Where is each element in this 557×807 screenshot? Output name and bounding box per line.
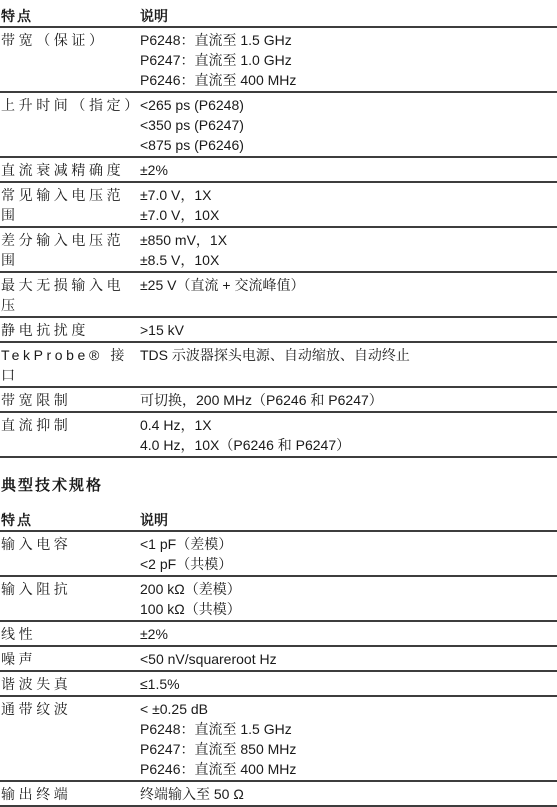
feature-cell: 线性 xyxy=(0,622,140,645)
spec-row-dc-reject: 直流抑制 0.4 Hz，1X 4.0 Hz，10X（P6246 和 P6247） xyxy=(0,413,557,458)
feature-cell: 直流抑制 xyxy=(0,413,140,436)
spec-row-max-nondestructive-input-voltage: 最大无损输入电压 ±25 V（直流 + 交流峰值） xyxy=(0,273,557,318)
feature-cell: 输入阻抗 xyxy=(0,577,140,600)
feature-column-header: 特点 xyxy=(0,504,140,530)
spec-row-linearity: 线性 ±2% xyxy=(0,622,557,647)
spec-row-rise-time: 上升时间（指定） <265 ps (P6248) <350 ps (P6247)… xyxy=(0,93,557,158)
feature-cell: 最大无损输入电压 xyxy=(0,273,140,316)
description-cell: TDS 示波器探头电源、自动缩放、自动终止 xyxy=(140,343,557,366)
description-cell: >15 kV xyxy=(140,318,557,341)
spec-row-bandwidth: 带宽（保证） P6248：直流至 1.5 GHz P6247：直流至 1.0 G… xyxy=(0,28,557,93)
feature-cell: 静电抗扰度 xyxy=(0,318,140,341)
spec-row-output-termination: 输出终端 终端输入至 50 Ω xyxy=(0,782,557,807)
description-cell: 终端输入至 50 Ω xyxy=(140,782,557,805)
feature-cell: 输出终端 xyxy=(0,782,140,805)
feature-cell: 带宽限制 xyxy=(0,388,140,411)
description-cell: ±25 V（直流 + 交流峰值） xyxy=(140,273,557,296)
description-cell: ±2% xyxy=(140,622,557,645)
spec-row-dc-attenuation-accuracy: 直流衰减精确度 ±2% xyxy=(0,158,557,183)
table-header-row: 特点 说明 xyxy=(0,504,557,532)
datasheet-page: 特点 说明 带宽（保证） P6248：直流至 1.5 GHz P6247：直流至… xyxy=(0,0,557,807)
description-cell: 0.4 Hz，1X 4.0 Hz，10X（P6246 和 P6247） xyxy=(140,413,557,456)
spec-row-harmonic-distortion: 谐波失真 ≤1.5% xyxy=(0,672,557,697)
spec-row-passband-ripple: 通带纹波 < ±0.25 dB P6248：直流至 1.5 GHz P6247：… xyxy=(0,697,557,782)
description-cell: ≤1.5% xyxy=(140,672,557,695)
guaranteed-spec-table: 特点 说明 带宽（保证） P6248：直流至 1.5 GHz P6247：直流至… xyxy=(0,0,557,458)
description-cell: ±7.0 V，1X ±7.0 V，10X xyxy=(140,183,557,226)
feature-column-header: 特点 xyxy=(0,0,140,26)
feature-cell: 谐波失真 xyxy=(0,672,140,695)
description-cell: P6248：直流至 1.5 GHz P6247：直流至 1.0 GHz P624… xyxy=(140,28,557,91)
typical-spec-table: 特点 说明 输入电容 <1 pF（差模） <2 pF（共模） 输入阻抗 200 … xyxy=(0,504,557,807)
description-cell: <50 nV/squareroot Hz xyxy=(140,647,557,670)
description-cell: ±850 mV，1X ±8.5 V，10X xyxy=(140,228,557,271)
description-cell: 可切换，200 MHz（P6246 和 P6247） xyxy=(140,388,557,411)
description-cell: ±2% xyxy=(140,158,557,181)
feature-cell: 输入电容 xyxy=(0,532,140,555)
feature-cell: 带宽（保证） xyxy=(0,28,140,51)
feature-cell: 差分输入电压范围 xyxy=(0,228,140,271)
spec-row-input-capacitance: 输入电容 <1 pF（差模） <2 pF（共模） xyxy=(0,532,557,577)
description-cell: < ±0.25 dB P6248：直流至 1.5 GHz P6247：直流至 8… xyxy=(140,697,557,780)
spec-row-esd-immunity: 静电抗扰度 >15 kV xyxy=(0,318,557,343)
description-column-header: 说明 xyxy=(140,0,557,26)
description-cell: <1 pF（差模） <2 pF（共模） xyxy=(140,532,557,575)
spec-row-differential-input-voltage-range: 差分输入电压范围 ±850 mV，1X ±8.5 V，10X xyxy=(0,228,557,273)
feature-cell: 上升时间（指定） xyxy=(0,93,140,116)
spec-row-input-impedance: 输入阻抗 200 kΩ（差模） 100 kΩ（共模） xyxy=(0,577,557,622)
spec-row-common-input-voltage-range: 常见输入电压范围 ±7.0 V，1X ±7.0 V，10X xyxy=(0,183,557,228)
feature-cell: TekProbe® 接口 xyxy=(0,343,140,386)
feature-cell: 通带纹波 xyxy=(0,697,140,720)
spec-row-noise: 噪声 <50 nV/squareroot Hz xyxy=(0,647,557,672)
feature-cell: 噪声 xyxy=(0,647,140,670)
description-column-header: 说明 xyxy=(140,504,557,530)
description-cell: 200 kΩ（差模） 100 kΩ（共模） xyxy=(140,577,557,620)
description-cell: <265 ps (P6248) <350 ps (P6247) <875 ps … xyxy=(140,93,557,156)
table-header-row: 特点 说明 xyxy=(0,0,557,28)
typical-specs-section-title: 典型技术规格 xyxy=(1,476,557,496)
feature-cell: 直流衰减精确度 xyxy=(0,158,140,181)
feature-cell: 常见输入电压范围 xyxy=(0,183,140,226)
spec-row-tekprobe-interface: TekProbe® 接口 TDS 示波器探头电源、自动缩放、自动终止 xyxy=(0,343,557,388)
spec-row-bandwidth-limit: 带宽限制 可切换，200 MHz（P6246 和 P6247） xyxy=(0,388,557,413)
